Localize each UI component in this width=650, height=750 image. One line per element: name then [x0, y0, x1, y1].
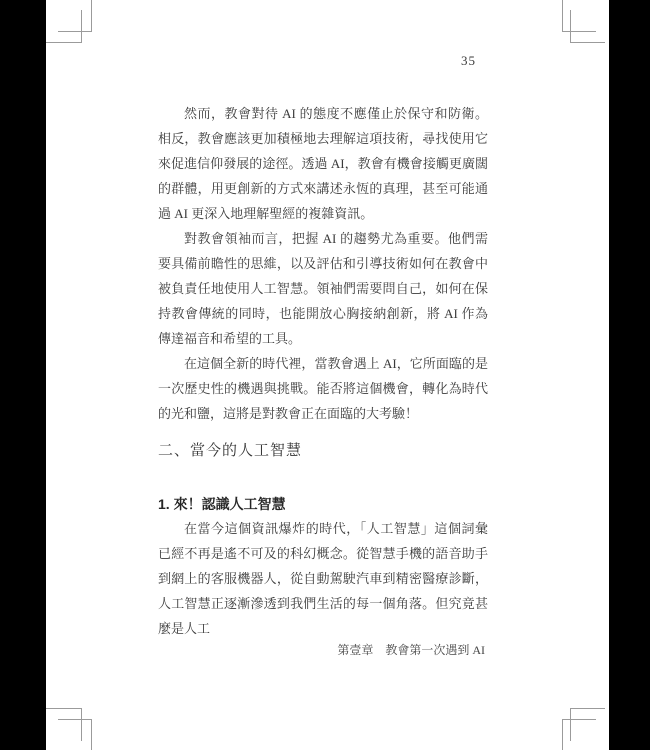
scan-edge-right — [609, 0, 650, 750]
paragraph: 然而，教會對待 AI 的態度不應僅止於保守和防衛。相反，教會應該更加積極地去理解… — [158, 101, 488, 226]
subsection-text-block: 在當今這個資訊爆炸的時代，「人工智慧」這個詞彙已經不再是遙不可及的科幻概念。從智… — [158, 516, 488, 641]
paragraph: 在這個全新的時代裡，當教會遇上 AI，它所面臨的是一次歷史性的機遇與挑戰。能否將… — [158, 351, 488, 426]
section-heading: 二、當今的人工智慧 — [158, 441, 498, 461]
crop-mark-bottom-right-inner — [570, 708, 605, 741]
body-text-block: 然而，教會對待 AI 的態度不應僅止於保守和防衛。相反，教會應該更加積極地去理解… — [158, 101, 488, 426]
paragraph: 對教會領袖而言，把握 AI 的趨勢尤為重要。他們需要具備前瞻性的思維，以及評估和… — [158, 226, 488, 351]
paragraph: 在當今這個資訊爆炸的時代，「人工智慧」這個詞彙已經不再是遙不可及的科幻概念。從智… — [158, 516, 488, 641]
crop-mark-top-right-inner — [570, 10, 605, 43]
crop-mark-bottom-left-inner — [46, 708, 82, 741]
crop-mark-top-left-inner — [46, 10, 82, 43]
scan-edge-left — [0, 0, 46, 750]
subsection-heading: 1. 來！認識人工智慧 — [158, 494, 498, 514]
page-number: 35 — [158, 54, 476, 68]
running-footer: 第壹章 教會第一次遇到 AI — [158, 642, 485, 658]
